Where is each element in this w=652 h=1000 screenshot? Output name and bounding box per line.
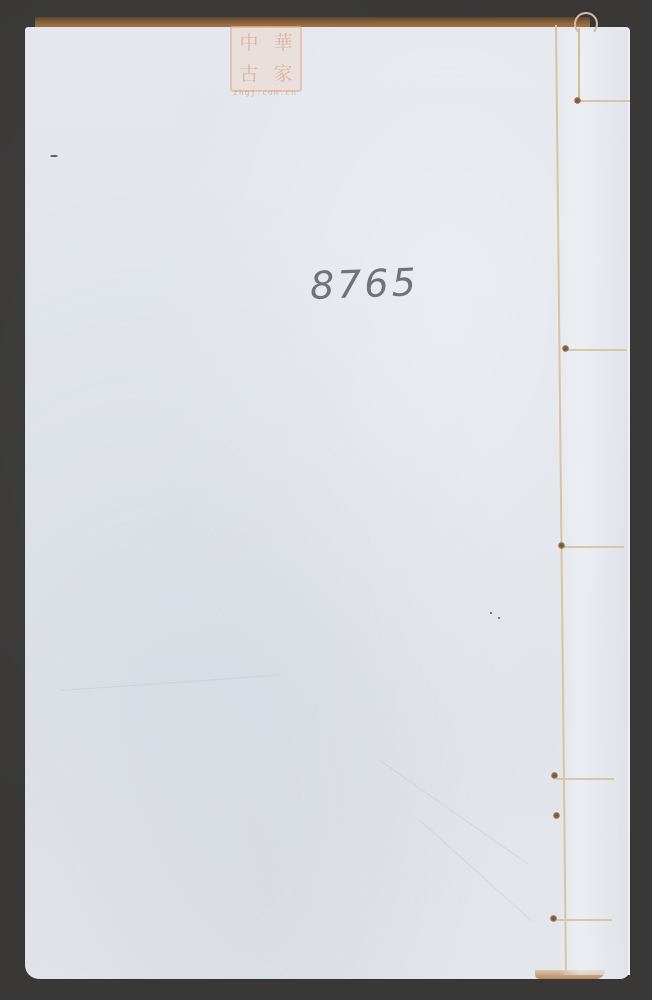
seal-char: 中 — [232, 34, 266, 53]
binding-thread-horizontal — [578, 100, 630, 102]
spine-fold — [558, 30, 630, 975]
binding-thread-horizontal — [565, 349, 627, 351]
book-cover — [25, 27, 630, 979]
binding-hole-icon — [553, 812, 560, 819]
seal-char: 古 — [232, 65, 266, 84]
catalog-number: 8765 — [309, 260, 419, 308]
binding-thread-top — [578, 28, 580, 103]
binding-thread-horizontal — [556, 919, 612, 921]
binding-hole-icon — [551, 772, 558, 779]
library-seal-stamp: 中 華 古 家 — [230, 26, 302, 92]
seal-char: 華 — [266, 34, 300, 53]
seal-char: 家 — [266, 65, 300, 84]
binding-thread-horizontal — [562, 546, 624, 548]
binding-hole-icon — [574, 97, 581, 104]
binding-hole-icon — [562, 345, 569, 352]
binding-hole-icon — [550, 915, 557, 922]
paper-speck — [498, 617, 500, 619]
binding-hole-icon — [558, 542, 565, 549]
binding-thread-horizontal — [556, 778, 614, 780]
seal-caption: zhgj.com.cn — [225, 88, 305, 97]
paper-speck — [50, 155, 58, 157]
paper-speck — [490, 612, 492, 614]
